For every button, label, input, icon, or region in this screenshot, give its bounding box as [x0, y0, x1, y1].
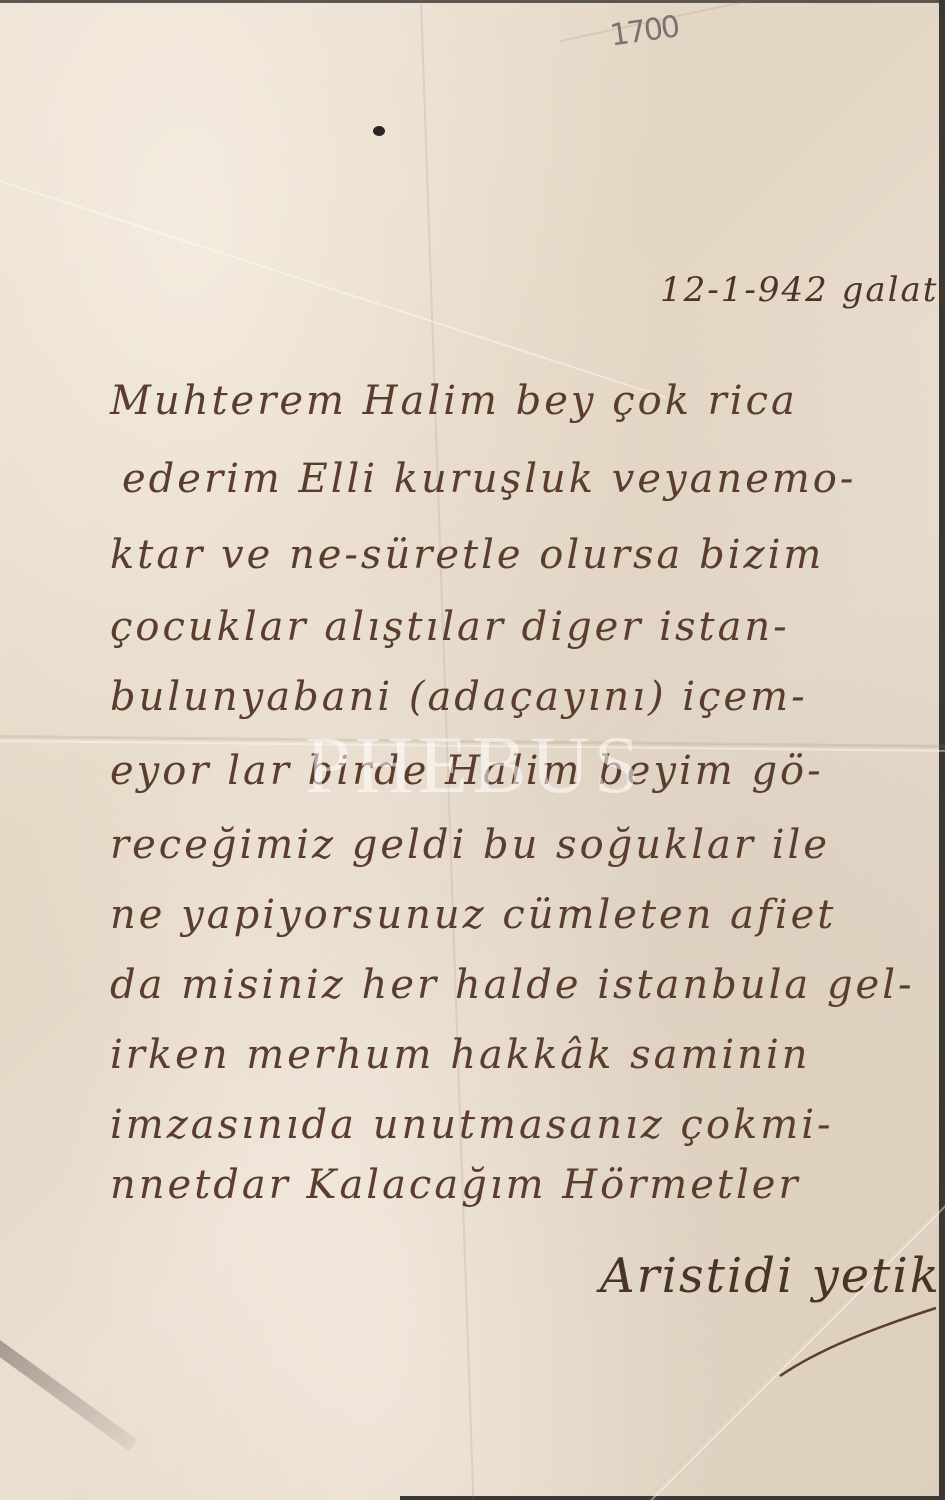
letter-line-9: da misiniz her halde istanbula gel- — [110, 962, 915, 1008]
letter-line-4: çocuklar alıştılar diger istan- — [110, 604, 790, 650]
scan-edge-top — [0, 0, 945, 3]
scan-edge-bottom — [400, 1496, 945, 1500]
signature-flourish — [778, 1290, 938, 1380]
letter-line-8: ne yapiyorsunuz cümleten afiet — [110, 892, 836, 938]
watermark: PHEBUS — [305, 718, 643, 812]
letter-line-12: nnetdar Kalacağım Hörmetler — [110, 1162, 801, 1208]
letter-line-7: receğimiz geldi bu soğuklar ile — [110, 822, 830, 868]
letter-line-1: Muhterem Halim bey çok rica — [110, 378, 798, 424]
paper-crease — [0, 180, 666, 398]
letter-line-3: ktar ve ne-süretle olursa bizim — [110, 532, 824, 578]
letter-line-11: imzasınıda unutmasanız çokmi- — [110, 1102, 834, 1148]
date-and-place: 12-1-942 galata — [660, 270, 945, 310]
pencil-price-note: 1700 — [608, 9, 681, 53]
letter-paper: 1700 12-1-942 galata Muhterem Halim bey … — [0, 0, 945, 1500]
letter-line-2: ederim Elli kuruşluk veyanemo- — [122, 456, 856, 502]
folded-corner-shadow — [0, 1340, 138, 1451]
letter-line-5: bulunyabani (adaçayını) içem- — [110, 674, 808, 720]
letter-line-10: irken merhum hakkâk saminin — [110, 1032, 811, 1078]
ink-blot — [373, 126, 385, 136]
